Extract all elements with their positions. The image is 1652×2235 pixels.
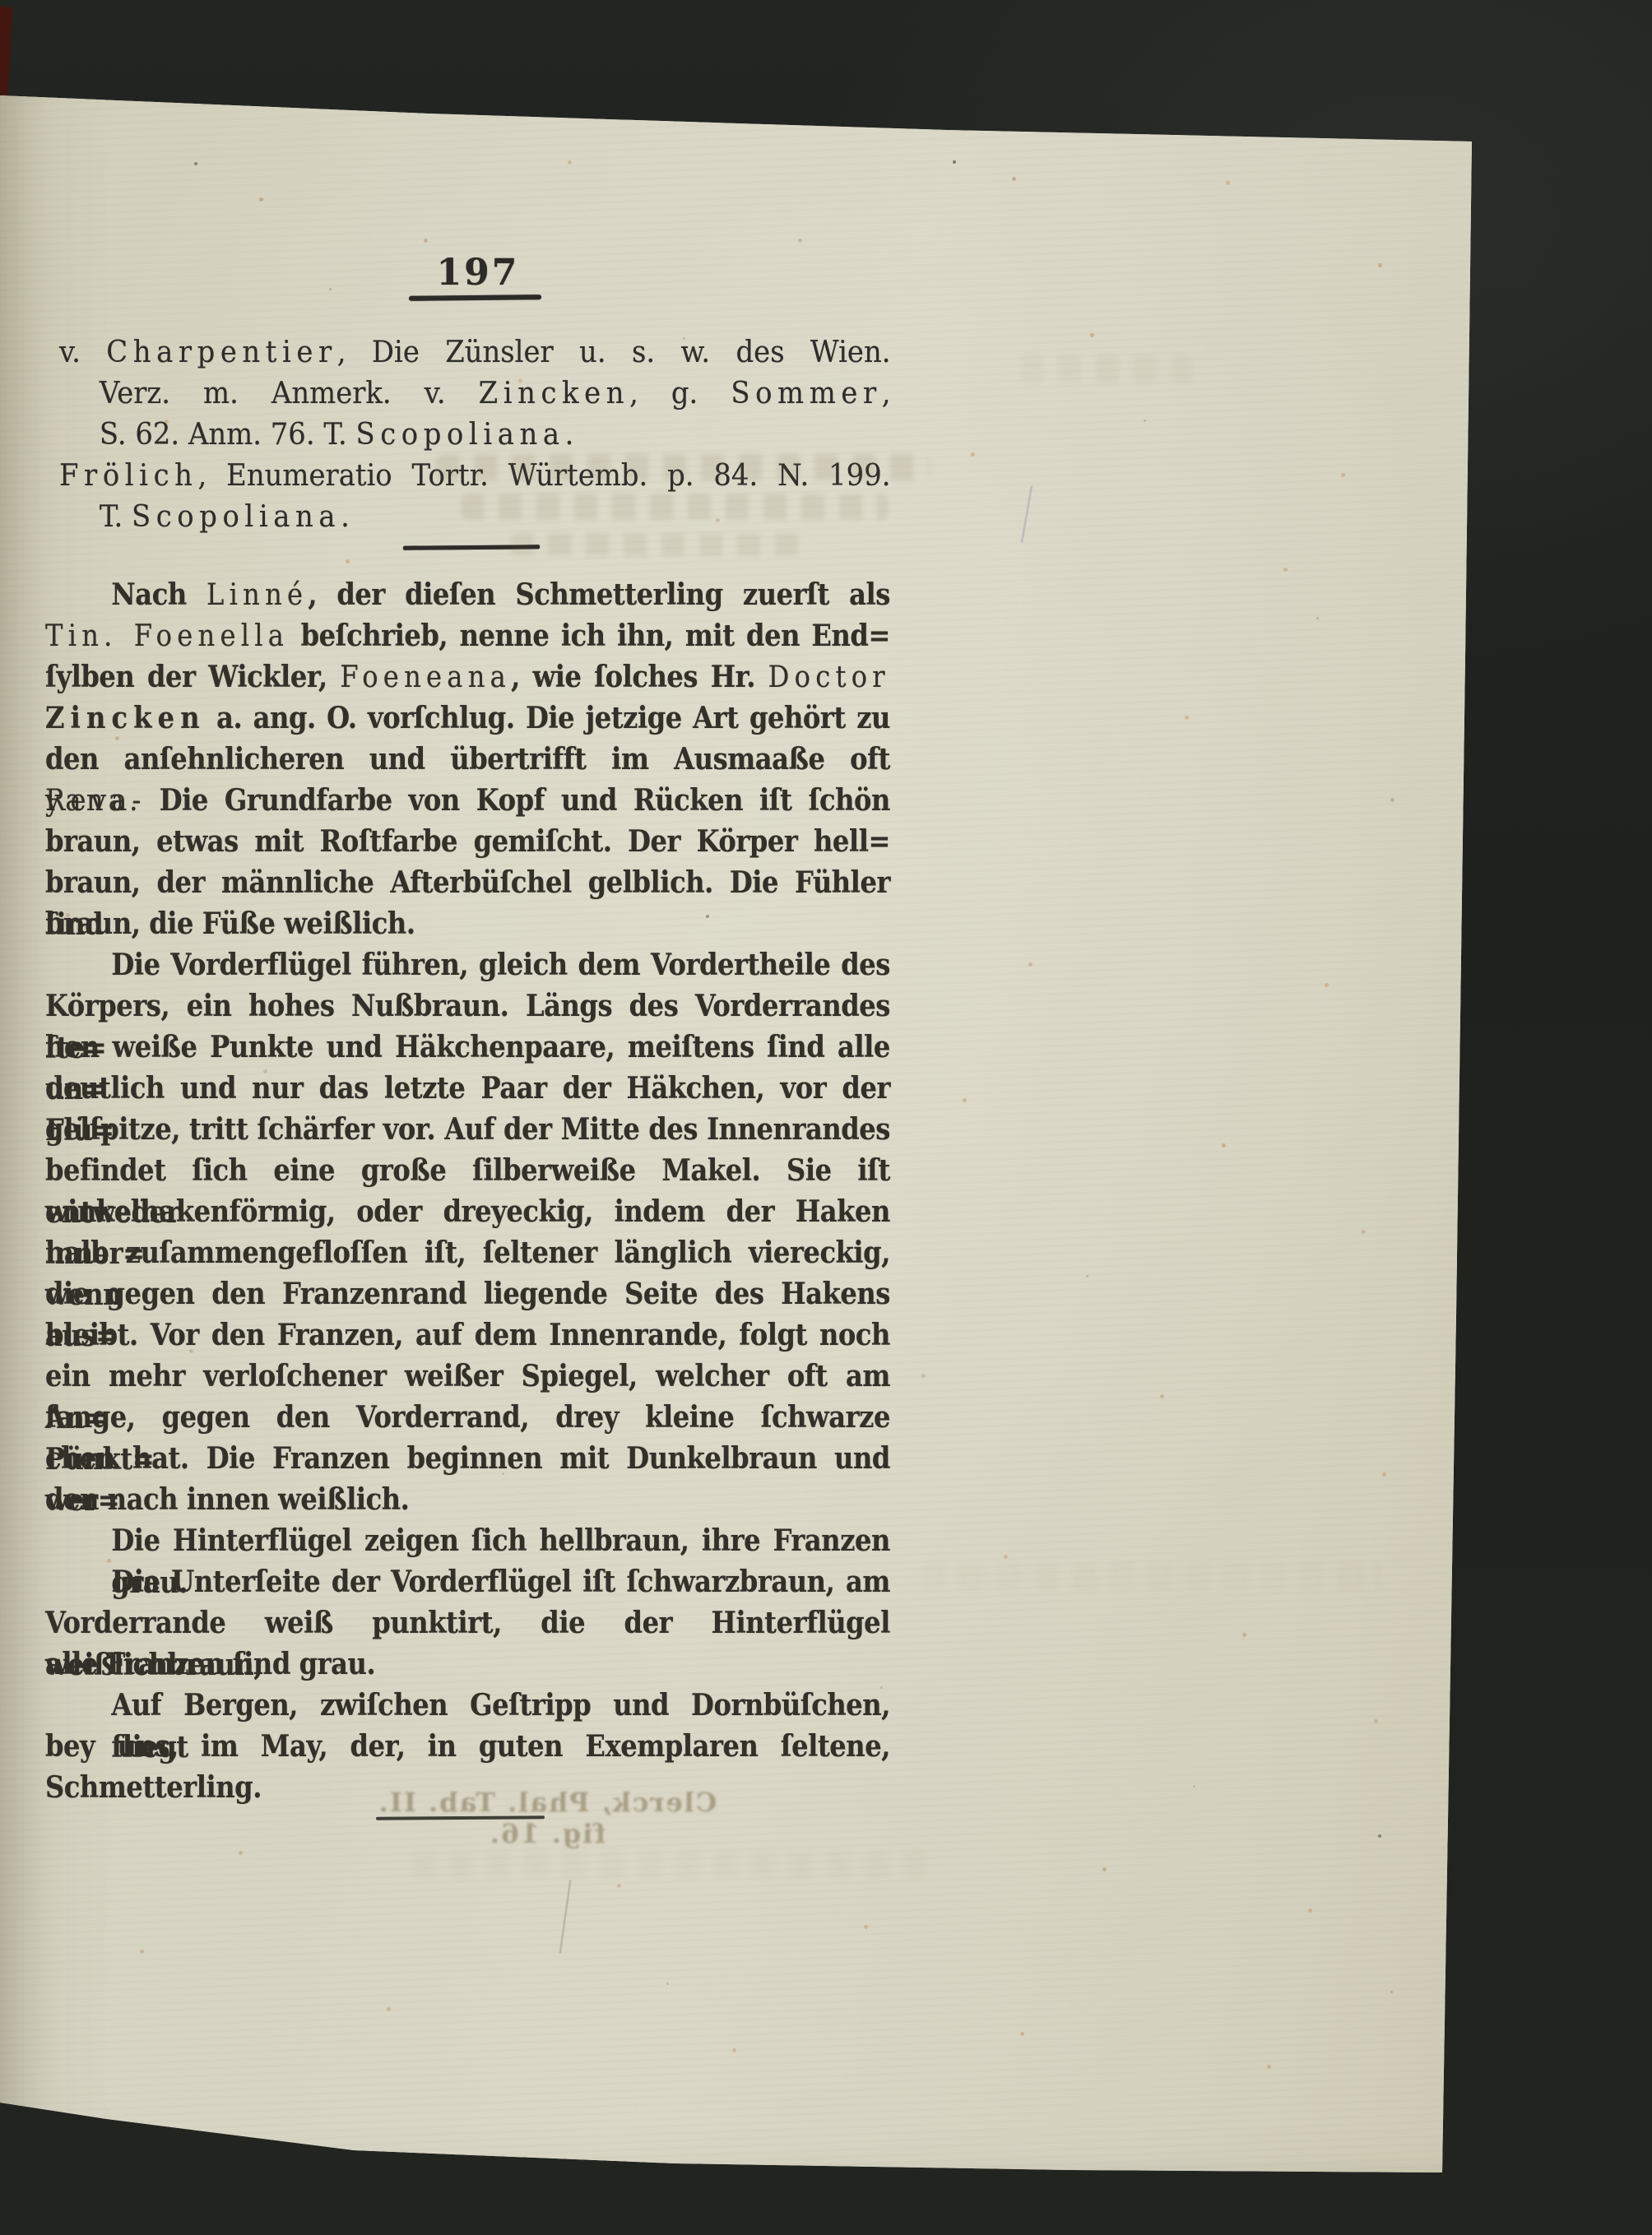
text-segment: . xyxy=(341,500,350,534)
text-segment: Die Unterſeite der Vorderflügel iſt ſchw… xyxy=(111,1565,890,1599)
text-segment: , g. xyxy=(629,377,731,410)
scanned-book-photo: 197 v. Charpentier, Die Zünsler u. s. w.… xyxy=(0,0,1652,2235)
bibliography-line: S. 62. Anm. 76. T. Scopoliana. xyxy=(59,414,891,455)
text-segment: T. xyxy=(100,500,132,534)
text-segment: Verz. m. Anmerk. v. xyxy=(100,377,479,410)
text-line: halb zuſammengefloſſen iſt, ſeltener län… xyxy=(45,1232,890,1273)
fiber-hair-mark xyxy=(1021,485,1032,542)
section-divider-rule xyxy=(403,545,540,549)
text-line: hen weiße Punkte und Häkchenpaare, meiſt… xyxy=(45,1027,890,1068)
text-line: Die Unterſeite der Vorderflügel iſt ſchw… xyxy=(45,1561,890,1602)
text-segment: , xyxy=(882,377,891,410)
text-line: bey uns, im May, der, in guten Exemplare… xyxy=(45,1726,890,1767)
text-line: Zincken a. ang. O. vorſchlug. Die jetzig… xyxy=(45,698,890,739)
text-segment: Sommer xyxy=(731,377,881,410)
binding-edge-sliver xyxy=(0,7,12,110)
text-line: deutlich und nur das letzte Paar der Häk… xyxy=(45,1068,890,1109)
bibliography-line: v. Charpentier, Die Zünsler u. s. w. des… xyxy=(59,332,891,373)
book-page: 197 v. Charpentier, Die Zünsler u. s. w.… xyxy=(0,0,1652,2235)
text-segment: ſylben der Wickler, xyxy=(45,660,340,694)
text-line: Die Hinterflügel zeigen ſich hellbraun, … xyxy=(45,1520,890,1561)
text-segment: Foeneana xyxy=(340,661,511,694)
text-segment: , der dieſen Schmetterling zuerſt als xyxy=(308,577,890,612)
show-through-smudge xyxy=(411,1851,938,1879)
text-line: winkelhakenförmig, oder dreyeckig, indem… xyxy=(45,1191,890,1232)
text-line: fange, gegen den Vorderrand, drey kleine… xyxy=(45,1397,890,1438)
text-segment: Die Vorderflügel führen, gleich dem Vord… xyxy=(111,948,890,982)
text-line: braun, etwas mit Roſtfarbe gemiſcht. Der… xyxy=(45,821,890,862)
text-line: Körpers, ein hohes Nußbraun. Längs des V… xyxy=(45,985,890,1027)
text-segment: v. xyxy=(59,336,106,369)
text-segment: S. 62. Anm. 76. T. xyxy=(100,418,356,452)
text-segment: Frölich xyxy=(59,459,197,493)
text-segment: den nach innen weißlich. xyxy=(45,1482,409,1517)
text-segment: bey uns, im May, der, in guten Exemplare… xyxy=(45,1729,890,1764)
text-line: alle Franzen ſind grau. xyxy=(45,1644,890,1685)
text-segment: Tin. Foenella xyxy=(45,619,289,653)
show-through-smudge xyxy=(921,1563,1382,1591)
text-segment: Charpentier xyxy=(106,336,337,369)
text-segment: gelſpitze, tritt ſchärfer vor. Auf der M… xyxy=(45,1112,890,1147)
body-text-block: Nach Linné, der dieſen Schmetterling zue… xyxy=(45,574,890,1808)
text-line: braun, die Füße weißlich. xyxy=(45,903,890,944)
text-segment: a. ang. O. vorſchlug. Die jetzige Art ge… xyxy=(206,701,890,735)
text-line: yana. Die Grundfarbe von Kopf und Rücken… xyxy=(45,780,890,821)
text-segment: den anſehnlicheren und übertrifft im Aus… xyxy=(45,742,890,777)
text-segment: Linné xyxy=(206,578,308,612)
text-segment: yana. xyxy=(45,784,143,818)
text-line: bleibt. Vor den Franzen, auf dem Innenra… xyxy=(45,1315,890,1356)
text-segment: Die Grundfarbe von Kopf und Rücken iſt ſ… xyxy=(143,783,890,818)
page-number: 197 xyxy=(396,252,560,294)
text-segment: . xyxy=(565,418,574,452)
bibliography-line: T. Scopoliana. xyxy=(59,496,891,537)
paragraph: Die Unterſeite der Vorderflügel iſt ſchw… xyxy=(45,1561,890,1685)
text-line: braun, der männliche Afterbüſchel gelbli… xyxy=(45,862,890,903)
text-segment: , Die Zünsler u. s. w. des Wien. xyxy=(337,336,891,369)
text-line: gelſpitze, tritt ſchärfer vor. Auf der M… xyxy=(45,1109,890,1150)
text-segment: Zincken xyxy=(479,377,629,410)
text-segment: braun, etwas mit Roſtfarbe gemiſcht. Der… xyxy=(45,824,890,859)
text-segment: Doctor xyxy=(768,661,890,694)
text-line: ſylben der Wickler, Foeneana, wie ſolche… xyxy=(45,656,890,698)
text-segment: beſchrieb, nenne ich ihn, mit den End= xyxy=(289,619,890,653)
text-segment: Scopoliana xyxy=(355,418,564,452)
page-number-rule xyxy=(409,294,541,301)
text-segment: braun, die Füße weißlich. xyxy=(45,907,415,941)
text-segment: alle Franzen ſind grau. xyxy=(45,1647,375,1681)
text-line: befindet ſich eine große ſilberweiße Mak… xyxy=(45,1150,890,1191)
show-through-smudge xyxy=(1020,354,1193,383)
bibliography-line: Frölich, Enumeratio Tortr. Würtemb. p. 8… xyxy=(59,455,891,496)
text-line: Schmetterling. xyxy=(45,1767,890,1808)
scratch-mark xyxy=(559,1880,572,1953)
text-line: Nach Linné, der dieſen Schmetterling zue… xyxy=(45,574,890,615)
bibliography-block: v. Charpentier, Die Zünsler u. s. w. des… xyxy=(59,332,891,537)
text-line: Die Vorderflügel führen, gleich dem Vord… xyxy=(45,944,890,985)
text-segment: Zincken xyxy=(45,701,206,735)
text-line: Auf Bergen, zwiſchen Geſtripp und Dornbü… xyxy=(45,1685,890,1726)
text-segment: Scopoliana xyxy=(132,500,341,534)
end-of-section-rule xyxy=(376,1815,545,1820)
text-line: die gegen den Franzenrand liegende Seite… xyxy=(45,1273,890,1315)
text-segment: Nach xyxy=(111,577,206,612)
text-line: chen hat. Die Franzen beginnen mit Dunke… xyxy=(45,1438,890,1479)
bibliography-line: Verz. m. Anmerk. v. Zincken, g. Sommer, xyxy=(59,373,891,414)
text-segment: , Enumeratio Tortr. Würtemb. p. 84. N. 1… xyxy=(197,459,890,493)
text-line: Vorderrande weiß punktirt, die der Hinte… xyxy=(45,1602,890,1644)
text-segment: , wie ſolches Hr. xyxy=(511,660,768,694)
text-line: ein mehr verloſchener weißer Spiegel, we… xyxy=(45,1356,890,1397)
text-line: den anſehnlicheren und übertrifft im Aus… xyxy=(45,739,890,780)
text-segment: bleibt. Vor den Franzen, auf dem Innenra… xyxy=(45,1318,890,1352)
paragraph: Die Hinterflügel zeigen ſich hellbraun, … xyxy=(45,1520,890,1561)
paragraph: Die Vorderflügel führen, gleich dem Vord… xyxy=(45,944,890,1520)
paragraph: Nach Linné, der dieſen Schmetterling zue… xyxy=(45,574,890,944)
text-segment: Schmetterling. xyxy=(45,1770,262,1805)
text-line: Tin. Foenella beſchrieb, nenne ich ihn, … xyxy=(45,615,890,656)
text-line: den nach innen weißlich. xyxy=(45,1479,890,1520)
paragraph: Auf Bergen, zwiſchen Geſtripp und Dornbü… xyxy=(45,1685,890,1808)
